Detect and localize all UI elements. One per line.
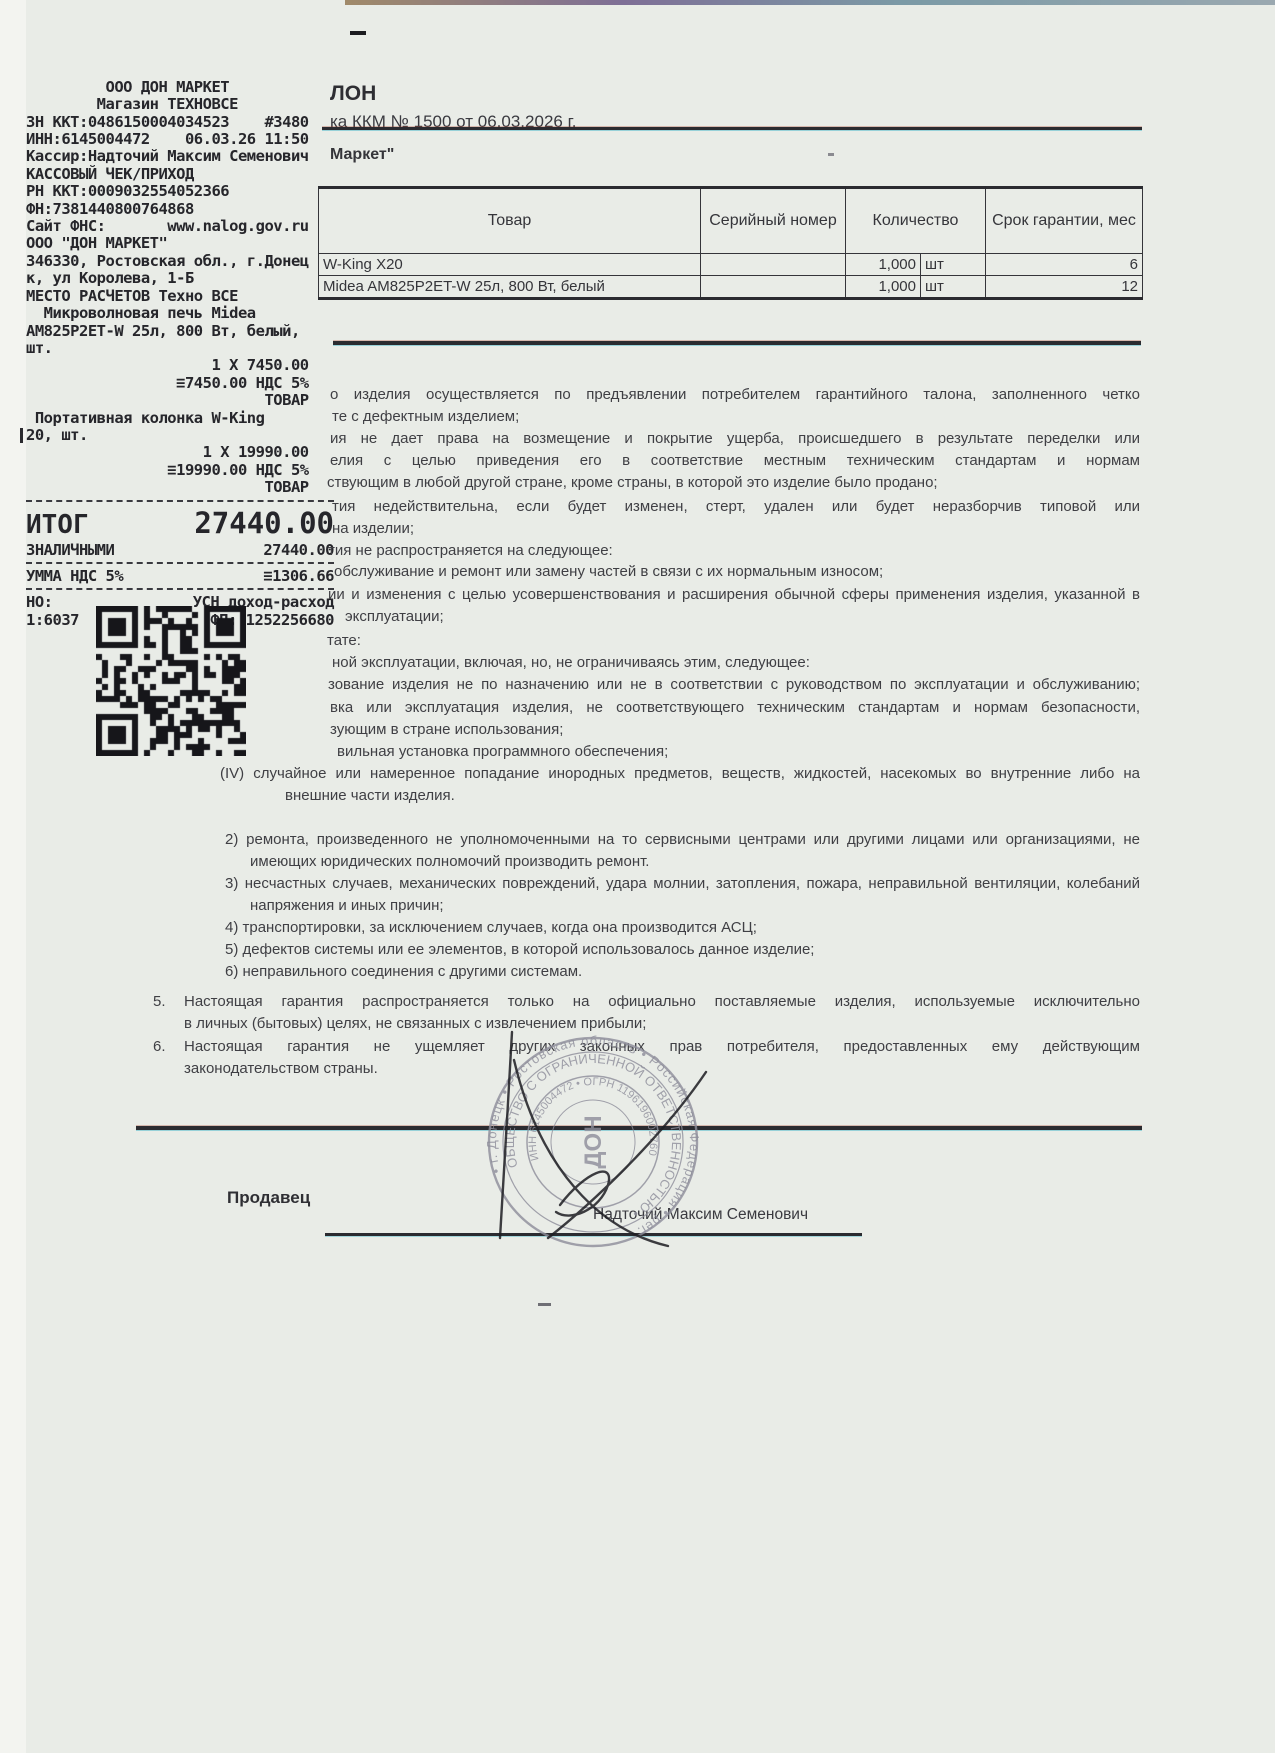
warranty-text-line: Настоящая гарантия распространяется толь… (184, 993, 1140, 1010)
table-row: Midea AM825P2ET-W 25л, 800 Вт, белый 1,0… (319, 276, 1143, 299)
warranty-text-line: зование изделия не по назначению или не … (328, 676, 1140, 693)
warranty-text-line: о изделия осуществляется по предъявлении… (330, 386, 1140, 403)
stamp-center-text: ДОН (580, 1115, 607, 1168)
warranty-text-line: эксплуатации; (345, 608, 444, 625)
warranty-cell: 12 (986, 276, 1143, 299)
receipt-line: 346330, Ростовская обл., г.Донец (26, 253, 334, 270)
receipt-line: ТОВАР (26, 392, 334, 409)
receipt-line: АМ825Р2ЕТ-W 25л, 800 Вт, белый, (26, 323, 334, 340)
seller-label: Продавец (227, 1188, 310, 1208)
receipt-line: Магазин ТЕХНОВСЕ (26, 96, 334, 113)
receipt-line: ООО ДОН МАРКЕТ (26, 79, 334, 96)
warranty-text-line: (IV) случайное или намеренное попадание … (220, 765, 1140, 782)
round-stamp: • г. Донецк • Ростовская область • Росси… (463, 1012, 723, 1274)
warranty-text-line: 6) неправильного соединения с другими си… (225, 963, 582, 980)
warranty-text-line: 5. (153, 993, 166, 1010)
receipt-line: 1 X 7450.00 (26, 357, 334, 374)
receipt-line: ТОВАР (26, 479, 334, 496)
receipt-line: УММА НДС 5%≡1306.66 (26, 568, 334, 585)
receipt-line: ИНН:6145004472 06.03.26 11:50 (26, 131, 334, 148)
receipt-line: ЗНАЛИЧНЫМИ27440.00 (26, 542, 334, 559)
receipt-line: ООО "ДОН МАРКЕТ" (26, 235, 334, 252)
scan-artifact (350, 31, 366, 35)
receipt-lines: ООО ДОН МАРКЕТ Магазин ТЕХНОВСЕЗН ККТ:04… (26, 79, 334, 629)
col-serial: Серийный номер (701, 188, 846, 254)
warranty-text-line: 5) дефектов системы или ее элементов, в … (225, 941, 814, 958)
warranty-text-line: тия не распространяется на следующее: (328, 542, 613, 559)
warranty-text-line: 6. (153, 1038, 166, 1055)
receipt-line: Портативная колонка W-King (26, 410, 334, 427)
receipt-line: к, ул Королева, 1-Б (26, 270, 334, 287)
warranty-text-line: напряжения и иных причин; (250, 897, 444, 914)
warranty-text-line: внешние части изделия. (285, 787, 455, 804)
warranty-text-line: тате: (327, 632, 361, 649)
warranty-text-line: ствующим в любой другой стране, кроме ст… (327, 474, 938, 491)
warranty-cell: 6 (986, 254, 1143, 276)
warranty-text-line: вильная установка программного обеспечен… (337, 743, 668, 760)
scan-artifact (828, 153, 834, 156)
table-row: W-King X20 1,000 шт 6 (319, 254, 1143, 276)
qr-code (96, 606, 246, 756)
section-rule (333, 341, 1141, 345)
receipt-line: КАССОВЫЙ ЧЕК/ПРИХОД (26, 166, 334, 183)
scan-edge-strip (0, 0, 26, 1753)
scan-artifact (20, 428, 23, 443)
receipt-line: шт. (26, 340, 334, 357)
warranty-text-line: зующим в стране использования; (330, 721, 563, 738)
scan-artifact (345, 0, 1275, 5)
receipt-line: Кассир:Надточий Максим Семенович (26, 148, 334, 165)
col-warranty: Срок гарантии, мес (986, 188, 1143, 254)
warranty-text-line: законодательством страны. (184, 1060, 378, 1077)
warranty-text-line: 4) транспортировки, за исключением случа… (225, 919, 757, 936)
receipt-line: Сайт ФНС: www.nalog.gov.ru (26, 218, 334, 235)
product-cell: Midea AM825P2ET-W 25л, 800 Вт, белый (319, 276, 701, 299)
unit-cell: шт (921, 276, 986, 299)
warranty-text-line: елия с целью приведения его в соответств… (330, 452, 1140, 469)
qty-cell: 1,000 (846, 276, 921, 299)
warranty-title-fragment: ЛОН (330, 82, 376, 106)
warranty-text-line: вка или эксплуатация изделия, не соответ… (330, 699, 1140, 716)
receipt-line: ЗН ККТ:0486150004034523 #3480 (26, 114, 334, 131)
scan-artifact (538, 1303, 551, 1306)
warranty-text-line: ной эксплуатации, включая, но, не ограни… (332, 654, 810, 671)
warranty-text-line: 2) ремонта, произведенного не уполномоче… (225, 831, 1140, 848)
col-product: Товар (319, 188, 701, 254)
warranty-text-line: ии и изменения с целью усовершенствовани… (328, 586, 1140, 603)
warranty-text-line: обслуживание и ремонт или замену частей … (334, 563, 883, 580)
cash-receipt: ООО ДОН МАРКЕТ Магазин ТЕХНОВСЕЗН ККТ:04… (26, 44, 334, 664)
receipt-line: РН ККТ:0009032554052366 (26, 183, 334, 200)
unit-cell: шт (921, 254, 986, 276)
scanned-warranty-page: ООО ДОН МАРКЕТ Магазин ТЕХНОВСЕЗН ККТ:04… (0, 0, 1275, 1753)
receipt-line: Микроволновая печь Midea (26, 305, 334, 322)
warranty-text-line: 3) несчастных случаев, механических повр… (225, 875, 1140, 892)
product-cell: W-King X20 (319, 254, 701, 276)
receipt-line: ФН:7381440800764868 (26, 201, 334, 218)
serial-cell (701, 254, 846, 276)
serial-cell (701, 276, 846, 299)
warranty-text-line: ия не дает права на возмещение и покрыти… (330, 430, 1140, 447)
receipt-line: 20, шт. (26, 427, 334, 444)
receipt-line: ≡19990.00 НДС 5% (26, 462, 334, 479)
org-name-fragment: Маркет" (330, 146, 394, 164)
warranty-text-line: на изделии; (332, 520, 414, 537)
qty-cell: 1,000 (846, 254, 921, 276)
table-header-row: Товар Серийный номер Количество Срок гар… (319, 188, 1143, 254)
warranty-products-table: Товар Серийный номер Количество Срок гар… (318, 186, 1143, 300)
col-quantity: Количество (846, 188, 986, 254)
receipt-line: 1 X 19990.00 (26, 444, 334, 461)
warranty-text-line: тия недействительна, если будет изменен,… (332, 498, 1140, 515)
warranty-text-line: имеющих юридических полномочий производи… (250, 853, 649, 870)
receipt-line: МЕСТО РАСЧЕТОВ Техно ВСЕ (26, 288, 334, 305)
warranty-text-line: те с дефектным изделием; (332, 408, 519, 425)
header-rule (322, 127, 1142, 130)
receipt-line: ИТОГ27440.00 (26, 506, 334, 542)
receipt-line: ≡7450.00 НДС 5% (26, 375, 334, 392)
